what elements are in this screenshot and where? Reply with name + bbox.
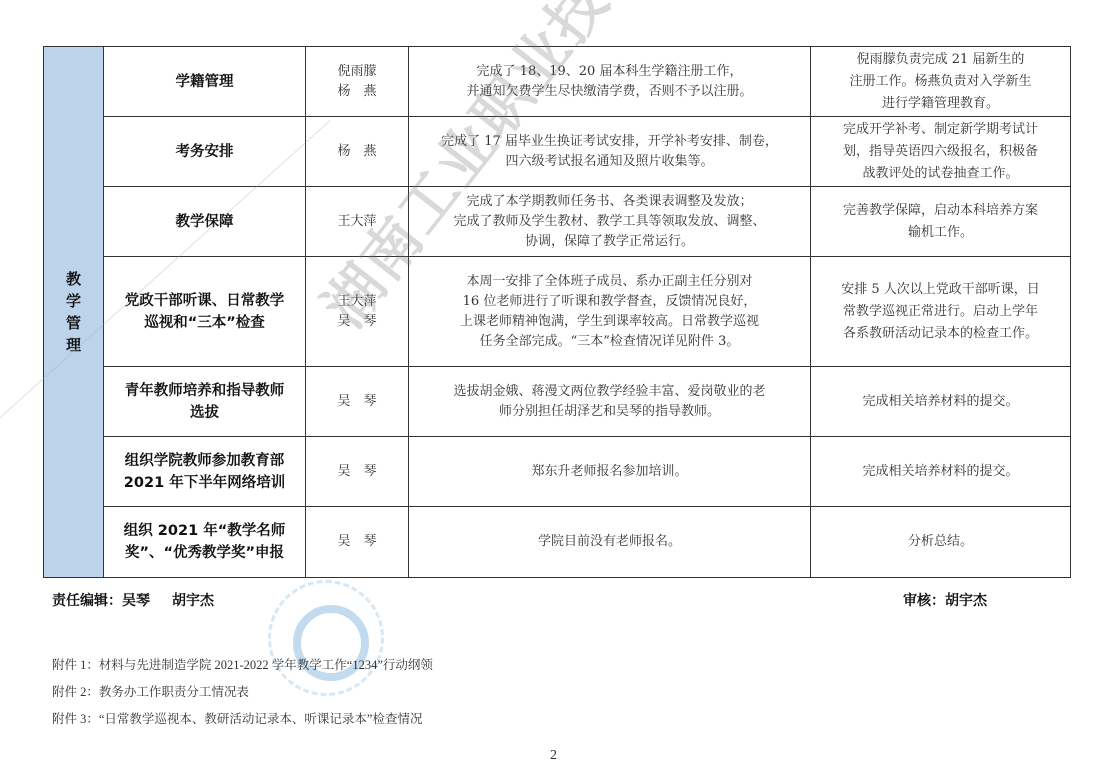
plan-cell: 完成相关培养材料的提交。 — [811, 367, 1071, 437]
completed-cell: 本周一安排了全体班子成员、系办正副主任分别对 16 位老师进行了听课和教学督查，… — [409, 257, 811, 367]
plan-text: 各系教研活动记录本的检查工作。 — [819, 323, 1062, 345]
completed-cell: 学院目前没有老师报名。 — [409, 507, 811, 578]
plan-cell: 倪雨朦负责完成 21 届新生的 注册工作。杨燕负责对入学新生 进行学籍管理教育。 — [811, 47, 1071, 117]
item-text: 选拔 — [112, 402, 297, 424]
plan-text: 划，指导英语四六级报名，积极备 — [819, 141, 1062, 163]
item-text: 青年教师培养和指导教师 — [112, 380, 297, 402]
completed-text: 师分别担任胡泽艺和吴琴的指导教师。 — [417, 402, 802, 422]
plan-cell: 完善教学保障，启动本科培养方案 输机工作。 — [811, 187, 1071, 257]
item-cell: 考务安排 — [104, 117, 306, 187]
completed-text: 上课老师精神饱满，学生到课率较高。日常教学巡视 — [417, 312, 802, 332]
person-name: 吴 琴 — [314, 312, 400, 332]
completed-cell: 郑东升老师报名参加培训。 — [409, 437, 811, 507]
plan-text: 输机工作。 — [819, 222, 1062, 244]
plan-text: 注册工作。杨燕负责对入学新生 — [819, 71, 1062, 93]
person-cell: 吴 琴 — [306, 437, 409, 507]
table-row: 青年教师培养和指导教师 选拔 吴 琴 选拔胡金娥、蒋漫文两位教学经验丰富、爱岗敬… — [44, 367, 1071, 437]
person-name: 王大萍 — [314, 292, 400, 312]
item-cell: 组织学院教师参加教育部 2021 年下半年网络培训 — [104, 437, 306, 507]
item-text: 党政干部听课、日常教学 — [112, 290, 297, 312]
editor-credit: 责任编辑：吴琴胡宇杰 — [52, 590, 214, 610]
plan-text: 分析总结。 — [819, 531, 1062, 553]
person-name: 王大萍 — [314, 212, 400, 232]
item-text: 学籍管理 — [112, 71, 297, 93]
person-cell: 王大萍 — [306, 187, 409, 257]
person-name: 杨 燕 — [314, 142, 400, 162]
category-char: 学 — [52, 290, 95, 312]
editor-second: 胡宇杰 — [172, 593, 214, 609]
category-char: 管 — [52, 312, 95, 334]
item-text: 组织 2021 年“教学名师 — [112, 520, 297, 542]
completed-text: 完成了 17 届毕业生换证考试安排，开学补考安排、制卷， — [417, 132, 802, 152]
person-name: 吴 琴 — [314, 392, 400, 412]
table-row: 教学保障 王大萍 完成了本学期教师任务书、各类课表调整及发放； 完成了教师及学生… — [44, 187, 1071, 257]
completed-text: 16 位老师进行了听课和教学督查，反馈情况良好， — [417, 292, 802, 312]
completed-text: 完成了本学期教师任务书、各类课表调整及发放； — [417, 192, 802, 212]
completed-text: 协调，保障了教学正常运行。 — [417, 232, 802, 252]
table-row: 教 学 管 理 学籍管理 倪雨朦 杨 燕 完成了 18、19、20 届本科生学籍… — [44, 47, 1071, 117]
plan-cell: 分析总结。 — [811, 507, 1071, 578]
attachment-1: 附件 1：材料与先进制造学院 2021-2022 学年教学工作“1234”行动纲… — [52, 655, 433, 673]
plan-text: 倪雨朦负责完成 21 届新生的 — [819, 49, 1062, 71]
category-char: 理 — [52, 334, 95, 356]
completed-text: 选拔胡金娥、蒋漫文两位教学经验丰富、爱岗敬业的老 — [417, 382, 802, 402]
completed-text: 四六级考试报名通知及照片收集等。 — [417, 152, 802, 172]
completed-text: 并通知欠费学生尽快缴清学费，否则不予以注册。 — [417, 82, 802, 102]
completed-text: 任务全部完成。“三本”检查情况详见附件 3。 — [417, 332, 802, 352]
person-name: 吴 琴 — [314, 462, 400, 482]
item-cell: 教学保障 — [104, 187, 306, 257]
item-cell: 青年教师培养和指导教师 选拔 — [104, 367, 306, 437]
item-text: 考务安排 — [112, 141, 297, 163]
plan-text: 安排 5 人次以上党政干部听课，日 — [819, 279, 1062, 301]
table-row: 党政干部听课、日常教学 巡视和“三本”检查 王大萍 吴 琴 本周一安排了全体班子… — [44, 257, 1071, 367]
completed-cell: 选拔胡金娥、蒋漫文两位教学经验丰富、爱岗敬业的老 师分别担任胡泽艺和吴琴的指导教… — [409, 367, 811, 437]
completed-text: 学院目前没有老师报名。 — [417, 532, 802, 552]
document-page: 教 学 管 理 学籍管理 倪雨朦 杨 燕 完成了 18、19、20 届本科生学籍… — [0, 0, 1116, 768]
page-number: 2 — [550, 748, 557, 764]
person-cell: 吴 琴 — [306, 367, 409, 437]
plan-text: 完成相关培养材料的提交。 — [819, 461, 1062, 483]
item-text: 教学保障 — [112, 211, 297, 233]
completed-cell: 完成了 17 届毕业生换证考试安排，开学补考安排、制卷， 四六级考试报名通知及照… — [409, 117, 811, 187]
item-cell: 组织 2021 年“教学名师 奖”、“优秀教学奖”申报 — [104, 507, 306, 578]
person-cell: 王大萍 吴 琴 — [306, 257, 409, 367]
completed-text: 郑东升老师报名参加培训。 — [417, 462, 802, 482]
table-row: 考务安排 杨 燕 完成了 17 届毕业生换证考试安排，开学补考安排、制卷， 四六… — [44, 117, 1071, 187]
plan-text: 完成相关培养材料的提交。 — [819, 391, 1062, 413]
category-char: 教 — [52, 268, 95, 290]
person-name: 杨 燕 — [314, 82, 400, 102]
completed-text: 完成了 18、19、20 届本科生学籍注册工作， — [417, 62, 802, 82]
plan-text: 完成开学补考、制定新学期考试计 — [819, 119, 1062, 141]
category-cell: 教 学 管 理 — [44, 47, 104, 578]
completed-text: 完成了教师及学生教材、教学工具等领取发放、调整、 — [417, 212, 802, 232]
person-name: 倪雨朦 — [314, 62, 400, 82]
plan-text: 常教学巡视正常进行。启动上学年 — [819, 301, 1062, 323]
watermark-seal-icon — [268, 580, 384, 696]
plan-cell: 安排 5 人次以上党政干部听课，日 常教学巡视正常进行。启动上学年 各系教研活动… — [811, 257, 1071, 367]
completed-cell: 完成了 18、19、20 届本科生学籍注册工作， 并通知欠费学生尽快缴清学费，否… — [409, 47, 811, 117]
plan-text: 进行学籍管理教育。 — [819, 93, 1062, 115]
table-row: 组织 2021 年“教学名师 奖”、“优秀教学奖”申报 吴 琴 学院目前没有老师… — [44, 507, 1071, 578]
plan-text: 战教评处的试卷抽查工作。 — [819, 163, 1062, 185]
item-text: 奖”、“优秀教学奖”申报 — [112, 542, 297, 564]
person-cell: 倪雨朦 杨 燕 — [306, 47, 409, 117]
person-cell: 杨 燕 — [306, 117, 409, 187]
plan-cell: 完成开学补考、制定新学期考试计 划，指导英语四六级报名，积极备 战教评处的试卷抽… — [811, 117, 1071, 187]
attachment-3: 附件 3：“日常教学巡视本、教研活动记录本、听课记录本”检查情况 — [52, 709, 422, 727]
completed-cell: 完成了本学期教师任务书、各类课表调整及发放； 完成了教师及学生教材、教学工具等领… — [409, 187, 811, 257]
plan-text: 完善教学保障，启动本科培养方案 — [819, 200, 1062, 222]
reviewer-credit: 审核：胡宇杰 — [903, 590, 987, 610]
editor-label: 责任编辑：吴琴 — [52, 593, 150, 609]
attachment-2: 附件 2：教务办工作职责分工情况表 — [52, 682, 249, 700]
table-row: 组织学院教师参加教育部 2021 年下半年网络培训 吴 琴 郑东升老师报名参加培… — [44, 437, 1071, 507]
teaching-management-table: 教 学 管 理 学籍管理 倪雨朦 杨 燕 完成了 18、19、20 届本科生学籍… — [43, 46, 1071, 578]
plan-cell: 完成相关培养材料的提交。 — [811, 437, 1071, 507]
item-text: 2021 年下半年网络培训 — [112, 472, 297, 494]
item-cell: 学籍管理 — [104, 47, 306, 117]
person-name: 吴 琴 — [314, 532, 400, 552]
person-cell: 吴 琴 — [306, 507, 409, 578]
item-cell: 党政干部听课、日常教学 巡视和“三本”检查 — [104, 257, 306, 367]
completed-text: 本周一安排了全体班子成员、系办正副主任分别对 — [417, 272, 802, 292]
item-text: 巡视和“三本”检查 — [112, 312, 297, 334]
item-text: 组织学院教师参加教育部 — [112, 450, 297, 472]
